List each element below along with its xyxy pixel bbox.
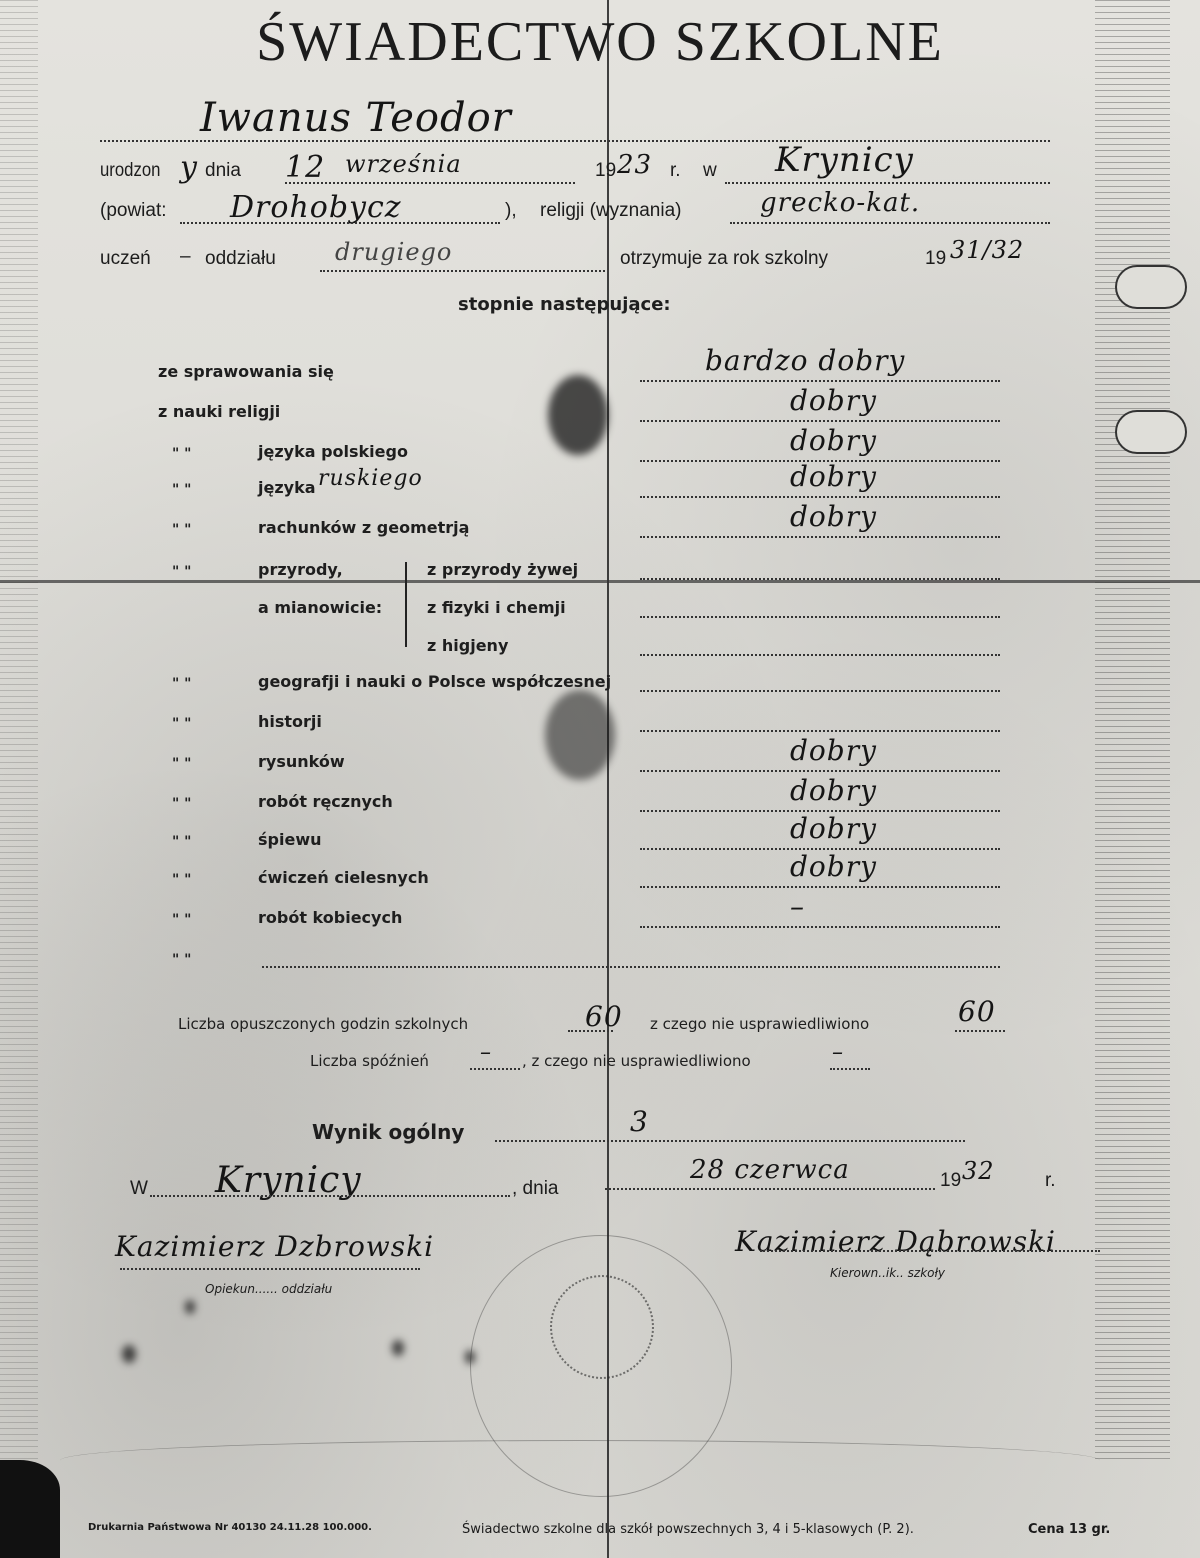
missed-hours: 60 — [585, 1000, 623, 1033]
label-district-close: ), — [505, 200, 517, 222]
ink-spot — [185, 1300, 195, 1314]
label-receives: otrzymuje za rok szkolny — [620, 248, 828, 270]
religion-line — [730, 222, 1050, 224]
grade-value: dobry — [790, 460, 877, 493]
subject-fill-value: ruskiego — [318, 466, 423, 491]
label-late-unexcused: , z czego nie usprawiedliwiono — [522, 1052, 751, 1070]
late-count: – — [480, 1040, 492, 1065]
grade-value: dobry — [790, 774, 877, 807]
unexcused-hours: 60 — [958, 995, 996, 1028]
label-late: Liczba spóźnień — [310, 1052, 429, 1070]
birth-month: września — [345, 150, 462, 178]
grade-line — [640, 578, 1000, 580]
ditto-mark: " " — [172, 482, 191, 498]
grade-line — [640, 886, 1000, 888]
birth-day: 12 — [285, 150, 325, 185]
label-year: r. — [670, 160, 681, 182]
subject-label: języka polskiego — [258, 442, 408, 461]
document-title: ŚWIADECTWO SZKOLNE — [0, 10, 1200, 74]
label-district: (powiat: — [100, 200, 167, 222]
result-line — [495, 1140, 965, 1142]
class-line — [320, 270, 605, 272]
grade-line — [640, 616, 1000, 618]
subject-label: ćwiczeń cielesnych — [258, 868, 429, 887]
grade-line — [640, 380, 1000, 382]
late-line — [470, 1068, 520, 1070]
ditto-mark: " " — [172, 716, 191, 732]
guardian-signature: Kazimierz Dzbrowski — [115, 1230, 434, 1263]
late-unexcused: – — [832, 1040, 844, 1065]
subject-label: rysunków — [258, 752, 345, 771]
subject-label: rachunków z geometrją — [258, 518, 469, 537]
ditto-mark: " " — [172, 446, 191, 462]
grade-value: bardzo dobry — [705, 344, 905, 377]
subject-label: robót ręcznych — [258, 792, 393, 811]
grade-value: dobry — [790, 384, 877, 417]
label-unexcused: z czego nie usprawiedliwiono — [650, 1015, 869, 1033]
torn-corner — [0, 1460, 60, 1558]
ink-spot — [392, 1340, 404, 1356]
grade-line — [640, 420, 1000, 422]
ditto-mark: " " — [172, 564, 191, 580]
gender-suffix: y — [180, 150, 198, 185]
grade-line — [640, 496, 1000, 498]
ditto-mark: " " — [172, 912, 191, 928]
grade-line — [640, 926, 1000, 928]
sub-subject-label: z fizyki i chemji — [427, 598, 566, 617]
birth-year-suffix: 23 — [617, 150, 652, 180]
form-description: Świadectwo szkolne dla szkół powszechnyc… — [462, 1522, 914, 1537]
issue-date: 28 czerwca — [690, 1155, 850, 1185]
ditto-mark: " " — [172, 872, 191, 888]
grade-line — [640, 654, 1000, 656]
ornamental-wave — [60, 1440, 1100, 1481]
label-student: uczeń — [100, 248, 151, 270]
school-year: 31/32 — [950, 236, 1024, 264]
subject-label: śpiewu — [258, 830, 321, 849]
birth-year-prefix: 19 — [595, 160, 616, 182]
left-ornamental-border — [0, 0, 38, 1460]
subject-label: ze sprawowania się — [158, 362, 334, 381]
unexcused-line — [955, 1030, 1005, 1032]
ditto-mark: " " — [172, 522, 191, 538]
price: Cena 13 gr. — [1028, 1522, 1110, 1537]
result-value: 3 — [630, 1105, 649, 1138]
student-name: Iwanus Teodor — [200, 95, 512, 141]
ditto-mark: " " — [172, 834, 191, 850]
horizontal-fold-line — [0, 580, 1200, 583]
birth-place-line — [725, 182, 1050, 184]
principal-signature-line — [760, 1250, 1100, 1252]
label-in: w — [703, 160, 717, 182]
grade-line — [640, 770, 1000, 772]
ink-smudge — [545, 690, 615, 780]
label-issue-r: r. — [1045, 1170, 1056, 1192]
student-dash: – — [180, 246, 191, 268]
grade-value: dobry — [790, 734, 877, 767]
ditto-mark: " " — [172, 676, 191, 692]
ditto-mark: " " — [172, 952, 191, 968]
principal-label: Kierown..ik.. szkoły — [830, 1266, 945, 1280]
district-value: Drohobycz — [230, 190, 402, 225]
subject-label: języka — [258, 478, 316, 497]
subject-label: przyrody, — [258, 560, 343, 579]
issue-place-line — [150, 1195, 510, 1197]
ditto-mark: " " — [172, 796, 191, 812]
late-unexcused-line — [830, 1068, 870, 1070]
subject-label: robót kobiecych — [258, 908, 402, 927]
printer-info: Drukarnia Państwowa Nr 40130 24.11.28 10… — [88, 1522, 372, 1533]
grade-line — [640, 730, 1000, 732]
grade-line — [640, 690, 1000, 692]
class-value: drugiego — [335, 238, 452, 266]
guardian-label: Opiekun...... oddziału — [205, 1282, 332, 1296]
subject-label: z nauki religji — [158, 402, 280, 421]
grade-value: – — [790, 890, 805, 923]
right-ornamental-border — [1095, 0, 1170, 1460]
nature-subjects-bracket — [405, 562, 407, 647]
ditto-mark: " " — [172, 756, 191, 772]
issue-year-prefix: 19 — [940, 1170, 961, 1192]
binder-hole — [1115, 265, 1187, 309]
grade-line — [640, 536, 1000, 538]
grade-value: dobry — [790, 500, 877, 533]
birth-place: Krynicy — [775, 140, 914, 180]
label-religion: religji (wyznania) — [540, 200, 682, 222]
religion-value: grecko-kat. — [760, 188, 920, 218]
label-result: Wynik ogólny — [312, 1120, 464, 1144]
subject-label: a mianowicie: — [258, 598, 382, 617]
label-class: oddziału — [205, 248, 276, 270]
grade-value: dobry — [790, 812, 877, 845]
birth-date-line — [285, 182, 575, 184]
label-born: urodzon — [100, 160, 160, 181]
label-day: dnia — [205, 160, 241, 182]
binder-hole — [1115, 410, 1187, 454]
issue-date-line — [605, 1188, 935, 1190]
subject-label: geografji i nauki o Polsce współczesnej — [258, 672, 611, 691]
label-issue-day: , dnia — [512, 1178, 558, 1200]
issue-year-suffix: 32 — [962, 1157, 995, 1185]
subject-label: historji — [258, 712, 322, 731]
principal-signature: Kazimierz Dąbrowski — [735, 1225, 1056, 1258]
grades-heading: stopnie następujące: — [458, 294, 671, 315]
school-year-prefix: 19 — [925, 248, 946, 270]
label-missed-hours: Liczba opuszczonych godzin szkolnych — [178, 1015, 468, 1033]
label-place-in: W — [130, 1178, 148, 1200]
grade-line — [262, 966, 1000, 968]
grade-value: dobry — [790, 850, 877, 883]
grade-value: dobry — [790, 424, 877, 457]
ink-smudge — [548, 375, 608, 455]
sub-subject-label: z przyrody żywej — [427, 560, 578, 579]
sub-subject-label: z higjeny — [427, 636, 508, 655]
district-line — [180, 222, 500, 224]
ink-spot — [122, 1345, 136, 1363]
guardian-signature-line — [120, 1268, 420, 1270]
